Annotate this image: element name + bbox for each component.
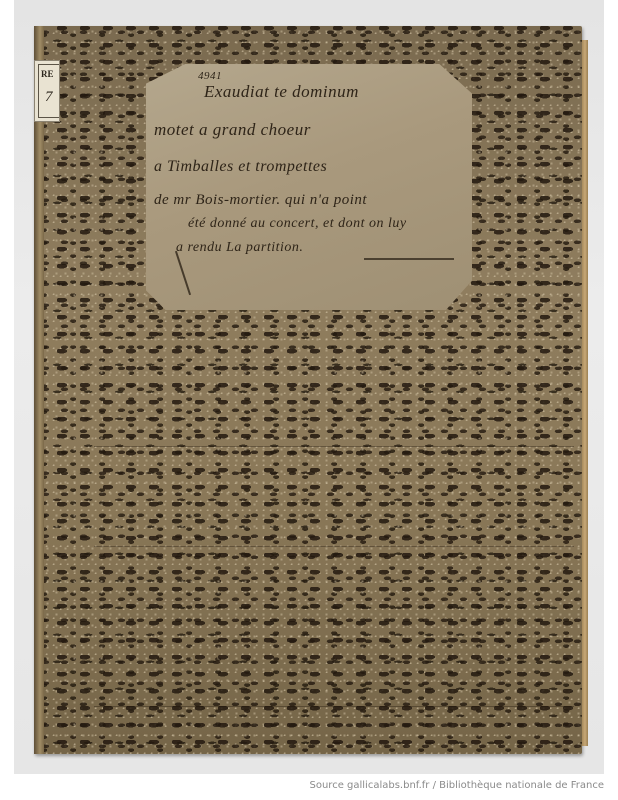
spine-label-mark: 7 bbox=[45, 89, 53, 106]
title-line-6: a rendu La partition. bbox=[176, 240, 303, 256]
title-line-4: de mr Bois-mortier. qui n'a point bbox=[154, 192, 367, 209]
title-line-5: été donné au concert, et dont on luy bbox=[188, 216, 407, 232]
book-spine bbox=[34, 26, 44, 754]
cover-marbling-line bbox=[94, 546, 574, 547]
spine-label-text: RE bbox=[41, 69, 54, 79]
cover-marbling-line bbox=[94, 706, 574, 707]
ink-dash bbox=[364, 258, 454, 260]
shelf-mark: 4941 bbox=[198, 70, 222, 82]
spine-label: RE 7 bbox=[34, 60, 60, 122]
title-label: 4941 Exaudiat te dominum motet a grand c… bbox=[146, 64, 472, 310]
source-credit: Source gallicalabs.bnf.fr / Bibliothèque… bbox=[310, 780, 605, 791]
title-line-2: motet a grand choeur bbox=[154, 120, 311, 140]
ink-flourish bbox=[175, 251, 191, 295]
title-line-3: a Timballes et trompettes bbox=[154, 158, 327, 176]
title-line-1: Exaudiat te dominum bbox=[204, 82, 359, 102]
page-edges bbox=[582, 40, 588, 746]
cover-marbling-line bbox=[94, 446, 574, 447]
